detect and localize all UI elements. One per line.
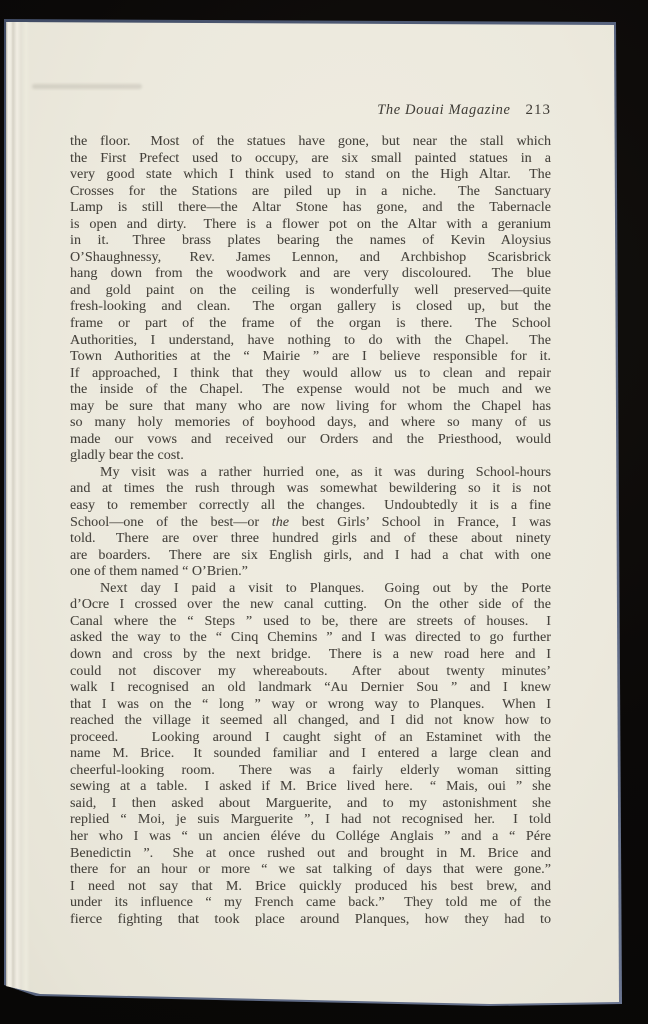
- text-line: that I was on the “ long ” way or wrong …: [70, 697, 551, 714]
- text-line: d’Ocre I crossed over the new canal cutt…: [70, 597, 551, 614]
- text-line: and gold paint on the ceiling is wonderf…: [70, 283, 551, 300]
- text-line: are boarders. There are six English girl…: [70, 548, 551, 565]
- text-line: could not discover my whereabouts. After…: [70, 664, 551, 681]
- paragraph: My visit was a rather hurried one, as it…: [70, 465, 551, 581]
- text-line: said, I then asked about Marguerite, and…: [70, 796, 551, 813]
- text-line: I need not say that M. Brice quickly pro…: [70, 879, 551, 896]
- text-line: the inside of the Chapel. The expense wo…: [70, 382, 551, 399]
- page-number: 213: [526, 102, 552, 118]
- text-line: in it. Three brass plates bearing the na…: [70, 233, 551, 250]
- text-line: asked the way to the “ Cinq Chemins ” an…: [70, 630, 551, 647]
- text-line: very good state which I think used to st…: [70, 167, 551, 184]
- text-line: down and cross by the next bridge. There…: [70, 647, 551, 664]
- book-page: The Douai Magazine213 the floor. Most of…: [0, 0, 648, 1024]
- text-line: made our vows and received our Orders an…: [70, 432, 551, 449]
- text-line: Canal where the “ Steps ” used to be, th…: [70, 614, 551, 631]
- running-header: The Douai Magazine213: [70, 100, 551, 120]
- text-line: My visit was a rather hurried one, as it…: [70, 465, 551, 482]
- text-line: frame or part of the frame of the organ …: [70, 316, 551, 333]
- text-line: Next day I paid a visit to Planques. Goi…: [70, 581, 551, 598]
- text-line: reached the village it seemed all change…: [70, 713, 551, 730]
- paragraph: Next day I paid a visit to Planques. Goi…: [70, 581, 551, 928]
- text-line: hang down from the woodwork and are very…: [70, 266, 551, 283]
- text-line: under its influence “ my French came bac…: [70, 895, 551, 912]
- text-line: easy to remember correctly all the chang…: [70, 498, 551, 515]
- text-line: Lamp is still there—the Altar Stone has …: [70, 200, 551, 217]
- text-line: one of them named “ O’Brien.”: [70, 564, 551, 581]
- text-line: may be sure that many who are now living…: [70, 399, 551, 416]
- text-line: told. There are over three hundred girls…: [70, 531, 551, 548]
- text-line: her who I was “ un ancien éléve du Collé…: [70, 829, 551, 846]
- text-line: there for an hour or more “ we sat talki…: [70, 862, 551, 879]
- text-line: fresh-looking and clean. The organ galle…: [70, 299, 551, 316]
- text-line: walk I recognised an old landmark “Au De…: [70, 680, 551, 697]
- text-line: gladly bear the cost.: [70, 448, 551, 465]
- print-smudge: [32, 84, 142, 89]
- text-line: If approached, I think that they would a…: [70, 366, 551, 383]
- text-line: School—one of the best—or the best Girls…: [70, 515, 551, 532]
- text-line: Authorities, I understand, have nothing …: [70, 333, 551, 350]
- text-line: proceed. Looking around I caught sight o…: [70, 730, 551, 747]
- text-line: sewing at a table. I asked if M. Brice l…: [70, 779, 551, 796]
- body-text: the floor. Most of the statues have gone…: [70, 134, 551, 928]
- page-curl-edge: [6, 22, 30, 990]
- text-line: Town Authorities at the “ Mairie ” are I…: [70, 349, 551, 366]
- text-line: is open and dirty. There is a flower pot…: [70, 217, 551, 234]
- text-line: the First Prefect used to occupy, are si…: [70, 151, 551, 168]
- magazine-title: The Douai Magazine: [377, 102, 510, 118]
- text-line: O’Shaughnessy, Rev. James Lennon, and Ar…: [70, 250, 551, 267]
- text-line: name M. Brice. It sounded familiar and I…: [70, 746, 551, 763]
- text-line: replied “ Moi, je suis Marguerite ”, I h…: [70, 812, 551, 829]
- text-line: cheerful-looking room. There was a fairl…: [70, 763, 551, 780]
- text-line: fierce fighting that took place around P…: [70, 912, 551, 929]
- text-line: Benedictin ”. She at once rushed out and…: [70, 846, 551, 863]
- text-line: so many holy memories of boyhood days, a…: [70, 415, 551, 432]
- text-line: and at times the rush through was somewh…: [70, 481, 551, 498]
- paragraph: the floor. Most of the statues have gone…: [70, 134, 551, 465]
- text-line: the floor. Most of the statues have gone…: [70, 134, 551, 151]
- text-line: Crosses for the Stations are piled up in…: [70, 184, 551, 201]
